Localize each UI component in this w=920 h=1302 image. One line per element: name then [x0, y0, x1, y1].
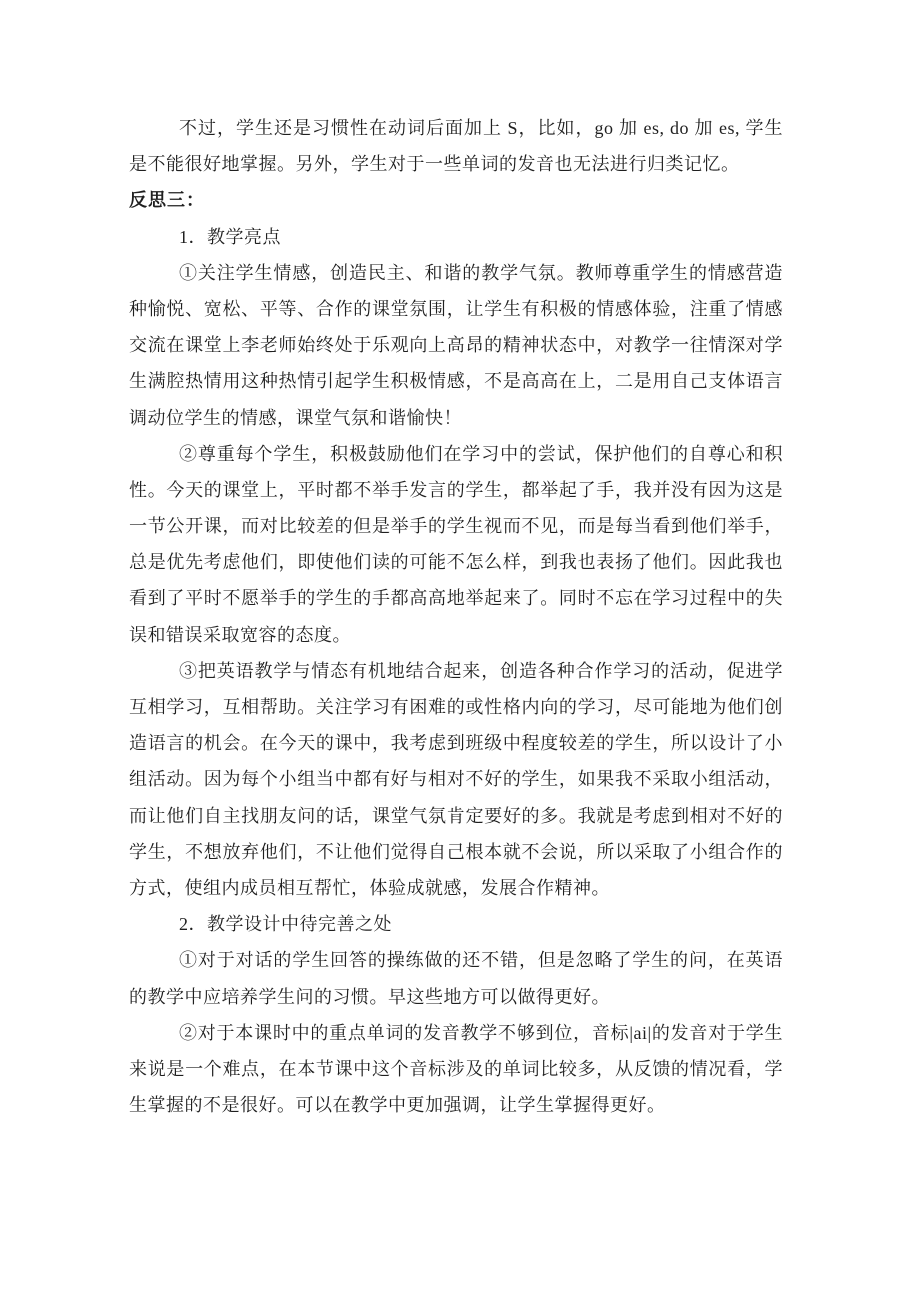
- text-line: 交流在课堂上李老师始终处于乐观向上高昂的精神状态中，对教学一往情深对学: [129, 327, 783, 363]
- text-line: ③把英语教学与情态有机地结合起来，创造各种合作学习的活动，促进学生: [129, 653, 783, 689]
- text-line: 性。今天的课堂上，平时都不举手发言的学生，都举起了手，我并没有因为这是: [129, 472, 783, 508]
- text-line: 看到了平时不愿举手的学生的手都高高地举起来了。同时不忘在学习过程中的失: [129, 580, 783, 616]
- text-line: 1．教学亮点: [129, 219, 783, 255]
- section-heading: 反思三：: [129, 182, 783, 218]
- text-line: 互相学习，互相帮助。关注学习有困难的或性格内向的学习，尽可能地为他们创: [129, 689, 783, 725]
- text-line: 造语言的机会。在今天的课中，我考虑到班级中程度较差的学生，所以设计了小: [129, 725, 783, 761]
- text-line: 调动位学生的情感，课堂气氛和谐愉快！: [129, 400, 783, 436]
- document-page: 不过，学生还是习惯性在动词后面加上 S，比如，go 加 es, do 加 es,…: [0, 0, 920, 1302]
- text-line: 方式，使组内成员相互帮忙，体验成就感，发展合作精神。: [129, 870, 783, 906]
- document-content: 不过，学生还是习惯性在动词后面加上 S，比如，go 加 es, do 加 es,…: [129, 110, 783, 1123]
- text-line: ①关注学生情感，创造民主、和谐的教学气氛。教师尊重学生的情感营造一: [129, 255, 783, 291]
- text-line: 来说是一个难点，在本节课中这个音标涉及的单词比较多，从反馈的情况看，学: [129, 1051, 783, 1087]
- text-line: 而让他们自主找朋友问的话，课堂气氛肯定要好的多。我就是考虑到相对不好的: [129, 798, 783, 834]
- text-line: ②尊重每个学生，积极鼓励他们在学习中的尝试，保护他们的自尊心和积极: [129, 436, 783, 472]
- text-line: 的教学中应培养学生问的习惯。早这些地方可以做得更好。: [129, 979, 783, 1015]
- text-line: ②对于本课时中的重点单词的发音教学不够到位，音标|ai|的发音对于学生: [129, 1015, 783, 1051]
- text-line: 组活动。因为每个小组当中都有好与相对不好的学生，如果我不采取小组活动，: [129, 761, 783, 797]
- text-line: 是不能很好地掌握。另外，学生对于一些单词的发音也无法进行归类记忆。: [129, 146, 783, 182]
- text-line: 误和错误采取宽容的态度。: [129, 617, 783, 653]
- text-line: 2．教学设计中待完善之处: [129, 906, 783, 942]
- text-line: ①对于对话的学生回答的操练做的还不错，但是忽略了学生的问，在英语课: [129, 942, 783, 978]
- text-line: 总是优先考虑他们，即使他们读的可能不怎么样，到我也表扬了他们。因此我也: [129, 544, 783, 580]
- text-line: 生满腔热情用这种热情引起学生积极情感，不是高高在上，二是用自己支体语言: [129, 363, 783, 399]
- text-line: 生掌握的不是很好。可以在教学中更加强调，让学生掌握得更好。: [129, 1087, 783, 1123]
- text-line: 学生，不想放弃他们，不让他们觉得自己根本就不会说，所以采取了小组合作的: [129, 834, 783, 870]
- text-line: 种愉悦、宽松、平等、合作的课堂氛围，让学生有积极的情感体验，注重了情感: [129, 291, 783, 327]
- text-line: 不过，学生还是习惯性在动词后面加上 S，比如，go 加 es, do 加 es,…: [129, 110, 783, 146]
- text-line: 一节公开课，而对比较差的但是举手的学生视而不见，而是每当看到他们举手，: [129, 508, 783, 544]
